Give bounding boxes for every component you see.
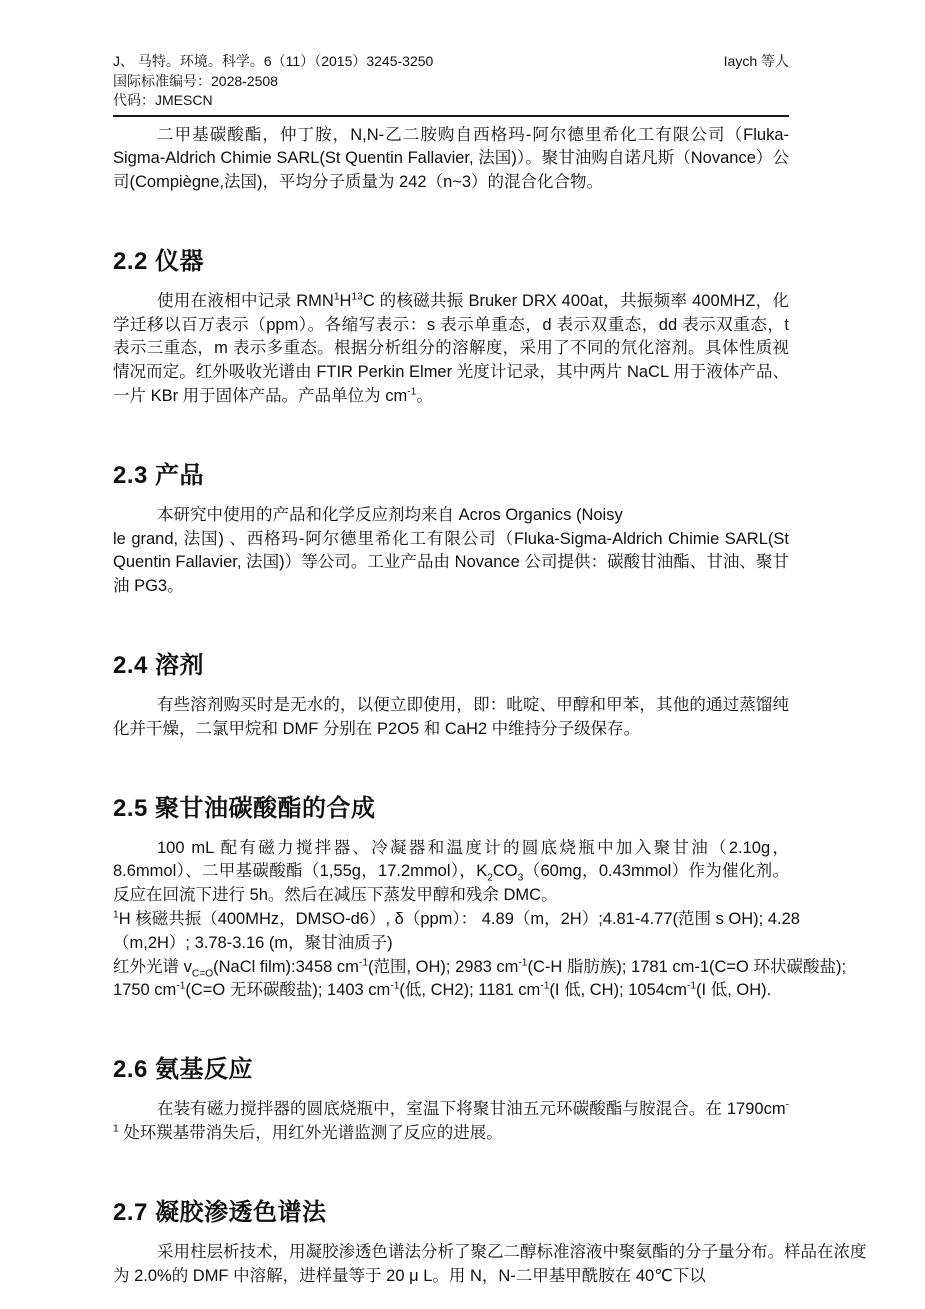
- section-heading: 2.4 溶剂: [113, 645, 813, 680]
- document-section: 二甲基碳酸酯，仲丁胺，N,N-乙二胺购自西格玛-阿尔德里希化工有限公司（Fluk…: [113, 124, 925, 195]
- document-section: 2.4 溶剂有些溶剂购买时是无水的，以便立即使用，即：吡啶、甲醇和甲苯，其他的通…: [113, 645, 925, 742]
- issn-line: 国际标准编号：2028-2508: [113, 72, 789, 92]
- paragraph: 100 mL 配有磁力搅拌器、冷凝器和温度计的圆底烧瓶中加入聚甘油（2.10g，…: [113, 837, 789, 908]
- code-line: 代码：JMESCN: [113, 91, 789, 111]
- paragraph: 采用柱层析技术，用凝胶渗透色谱法分析了聚乙二醇标准溶液中聚氨酯的分子量分布。样品…: [113, 1241, 870, 1289]
- paragraph: 二甲基碳酸酯，仲丁胺，N,N-乙二胺购自西格玛-阿尔德里希化工有限公司（Fluk…: [113, 124, 789, 195]
- paragraph: 使用在液相中记录 RMN1H13C 的核磁共振 Bruker DRX 400at…: [113, 290, 789, 409]
- document-section: 2.7 凝胶渗透色谱法采用柱层析技术，用凝胶渗透色谱法分析了聚乙二醇标准溶液中聚…: [113, 1192, 925, 1289]
- paragraph: 在装有磁力搅拌器的圆底烧瓶中，室温下将聚甘油五元环碳酸酯与胺混合。在 1790c…: [113, 1098, 789, 1146]
- journal-citation: J、 马特。环境。科学。6（11）（2015）3245-3250: [113, 52, 433, 72]
- section-heading: 2.7 凝胶渗透色谱法: [113, 1192, 813, 1227]
- document-body: 二甲基碳酸酯，仲丁胺，N,N-乙二胺购自西格玛-阿尔德里希化工有限公司（Fluk…: [113, 124, 925, 1289]
- header-divider: [113, 115, 789, 117]
- section-heading: 2.3 产品: [113, 455, 813, 490]
- section-heading: 2.6 氨基反应: [113, 1049, 813, 1084]
- paragraph: 有些溶剂购买时是无水的，以便立即使用，即：吡啶、甲醇和甲苯，其他的通过蒸馏纯化并…: [113, 694, 789, 742]
- paragraph: 本研究中使用的产品和化学反应剂均来自 Acros Organics (Noisy…: [113, 504, 789, 599]
- document-section: 2.6 氨基反应在装有磁力搅拌器的圆底烧瓶中，室温下将聚甘油五元环碳酸酯与胺混合…: [113, 1049, 925, 1146]
- document-page: J、 马特。环境。科学。6（11）（2015）3245-3250 Iaych 等…: [0, 0, 925, 1309]
- author-reference: Iaych 等人: [724, 52, 789, 72]
- paragraph: 红外光谱 vC=O(NaCl film):3458 cm-1(范围, OH); …: [113, 956, 870, 1004]
- document-section: 2.2 仪器使用在液相中记录 RMN1H13C 的核磁共振 Bruker DRX…: [113, 241, 925, 409]
- section-heading: 2.5 聚甘油碳酸酯的合成: [113, 788, 813, 823]
- paragraph: 1H 核磁共振（400MHz，DMSO-d6）, δ（ppm）： 4.89（m，…: [113, 908, 870, 956]
- header-row: J、 马特。环境。科学。6（11）（2015）3245-3250 Iaych 等…: [113, 52, 789, 72]
- section-heading: 2.2 仪器: [113, 241, 813, 276]
- document-section: 2.3 产品本研究中使用的产品和化学反应剂均来自 Acros Organics …: [113, 455, 925, 599]
- document-section: 2.5 聚甘油碳酸酯的合成100 mL 配有磁力搅拌器、冷凝器和温度计的圆底烧瓶…: [113, 788, 925, 1004]
- page-header: J、 马特。环境。科学。6（11）（2015）3245-3250 Iaych 等…: [113, 52, 789, 111]
